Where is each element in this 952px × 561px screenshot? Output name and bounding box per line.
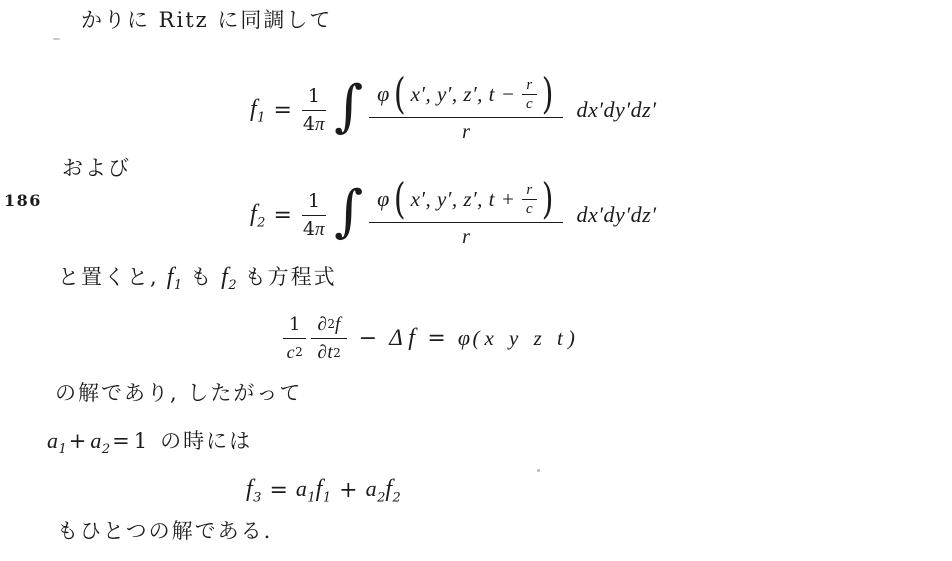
denominator-r: r (462, 223, 470, 248)
page-number: 186 (4, 191, 42, 210)
document-page: 186 かりに Ritz に同調して f1 = 1 4π ∫ φ ( x′, y… (0, 0, 952, 561)
plus-sign: + (339, 478, 357, 503)
scan-artifact (537, 469, 540, 472)
equals-sign: = (273, 203, 291, 228)
paragraph-oyobi: および (62, 155, 131, 182)
f2-inline: f2 (221, 262, 236, 293)
paragraph-closing: もひとつの解である. (57, 518, 272, 545)
minus-sign: − (359, 326, 377, 351)
plus-sign: + (69, 428, 89, 455)
equals-sign: = (427, 326, 445, 351)
paragraph-intro: かりに Ritz に同調して (81, 7, 332, 34)
fraction-one-over-4pi: 1 4π (302, 190, 326, 241)
scan-artifact (53, 38, 60, 40)
a2-inline: a2 (90, 427, 110, 456)
laplacian-delta: Δ (389, 325, 403, 351)
fraction-integrand: φ ( x′, y′, z′, t − r c ) r (369, 77, 563, 144)
equation-wave: 1 c2 ∂2f ∂t2 − Δ f = φ (x y z t) (283, 310, 580, 366)
integrand-arguments: x′, y′, z′, t − (411, 83, 516, 107)
equation-f2: f2 = 1 4π ∫ φ ( x′, y′, z′, t + r c ) r … (250, 171, 657, 259)
f1-inline: f1 (167, 262, 182, 293)
value-one: 1 (134, 428, 149, 455)
integral-sign: ∫ (334, 83, 363, 131)
f-variable: f (408, 325, 415, 352)
denominator-r: r (462, 118, 470, 143)
integrand-arguments: x′, y′, z′, t + (411, 188, 516, 212)
source-arguments: (x y z t) (472, 326, 579, 351)
f3-lhs: f3 (246, 476, 261, 504)
setting-text-3: も方程式 (245, 264, 337, 291)
volume-element: dx′dy′dz′ (576, 97, 656, 123)
right-paren: ) (542, 181, 554, 219)
phi-symbol: φ (458, 325, 471, 351)
paragraph-setting: と置くと, f1 も f2 も方程式 (58, 262, 337, 293)
fraction-one-over-c2: 1 c2 (283, 314, 306, 362)
right-paren: ) (542, 76, 554, 114)
closing-text: もひとつの解である. (57, 518, 272, 545)
f1-lhs: f1 (250, 96, 265, 124)
fraction-integrand: φ ( x′, y′, z′, t + r c ) r (369, 182, 563, 249)
a1-inline: a1 (47, 427, 67, 456)
setting-text-2: も (190, 264, 213, 291)
equation-f3: f3 = a1f1 + a2f2 (246, 472, 401, 508)
fraction-second-time-derivative: ∂2f ∂t2 (311, 313, 346, 364)
left-paren: ( (394, 181, 406, 219)
paragraph-solution: の解であり, したがって (55, 380, 302, 407)
fraction-one-over-4pi: 1 4π (302, 85, 326, 136)
integral-sign: ∫ (334, 188, 363, 236)
equation-f1: f1 = 1 4π ∫ φ ( x′, y′, z′, t − r c ) r … (250, 66, 657, 154)
equals-sign: = (269, 478, 287, 503)
condition-text: の時には (160, 428, 252, 455)
oyobi-text: および (62, 155, 131, 182)
solution-text: の解であり, したがって (55, 380, 302, 407)
phi-symbol: φ (377, 187, 390, 212)
a1f1-term: a1f1 (296, 476, 331, 504)
phi-symbol: φ (377, 82, 390, 107)
setting-text-1: と置くと, (58, 264, 159, 291)
equals-sign: = (273, 98, 291, 123)
intro-text: かりに Ritz に同調して (81, 7, 332, 34)
fraction-r-over-c: r c (522, 77, 536, 114)
f2-lhs: f2 (250, 201, 265, 229)
volume-element: dx′dy′dz′ (576, 202, 656, 228)
paragraph-condition: a1 + a2 = 1 の時には (47, 427, 252, 456)
equals-sign: = (112, 428, 132, 455)
fraction-r-over-c: r c (522, 182, 536, 219)
a2f2-term: a2f2 (366, 476, 401, 504)
left-paren: ( (394, 76, 406, 114)
